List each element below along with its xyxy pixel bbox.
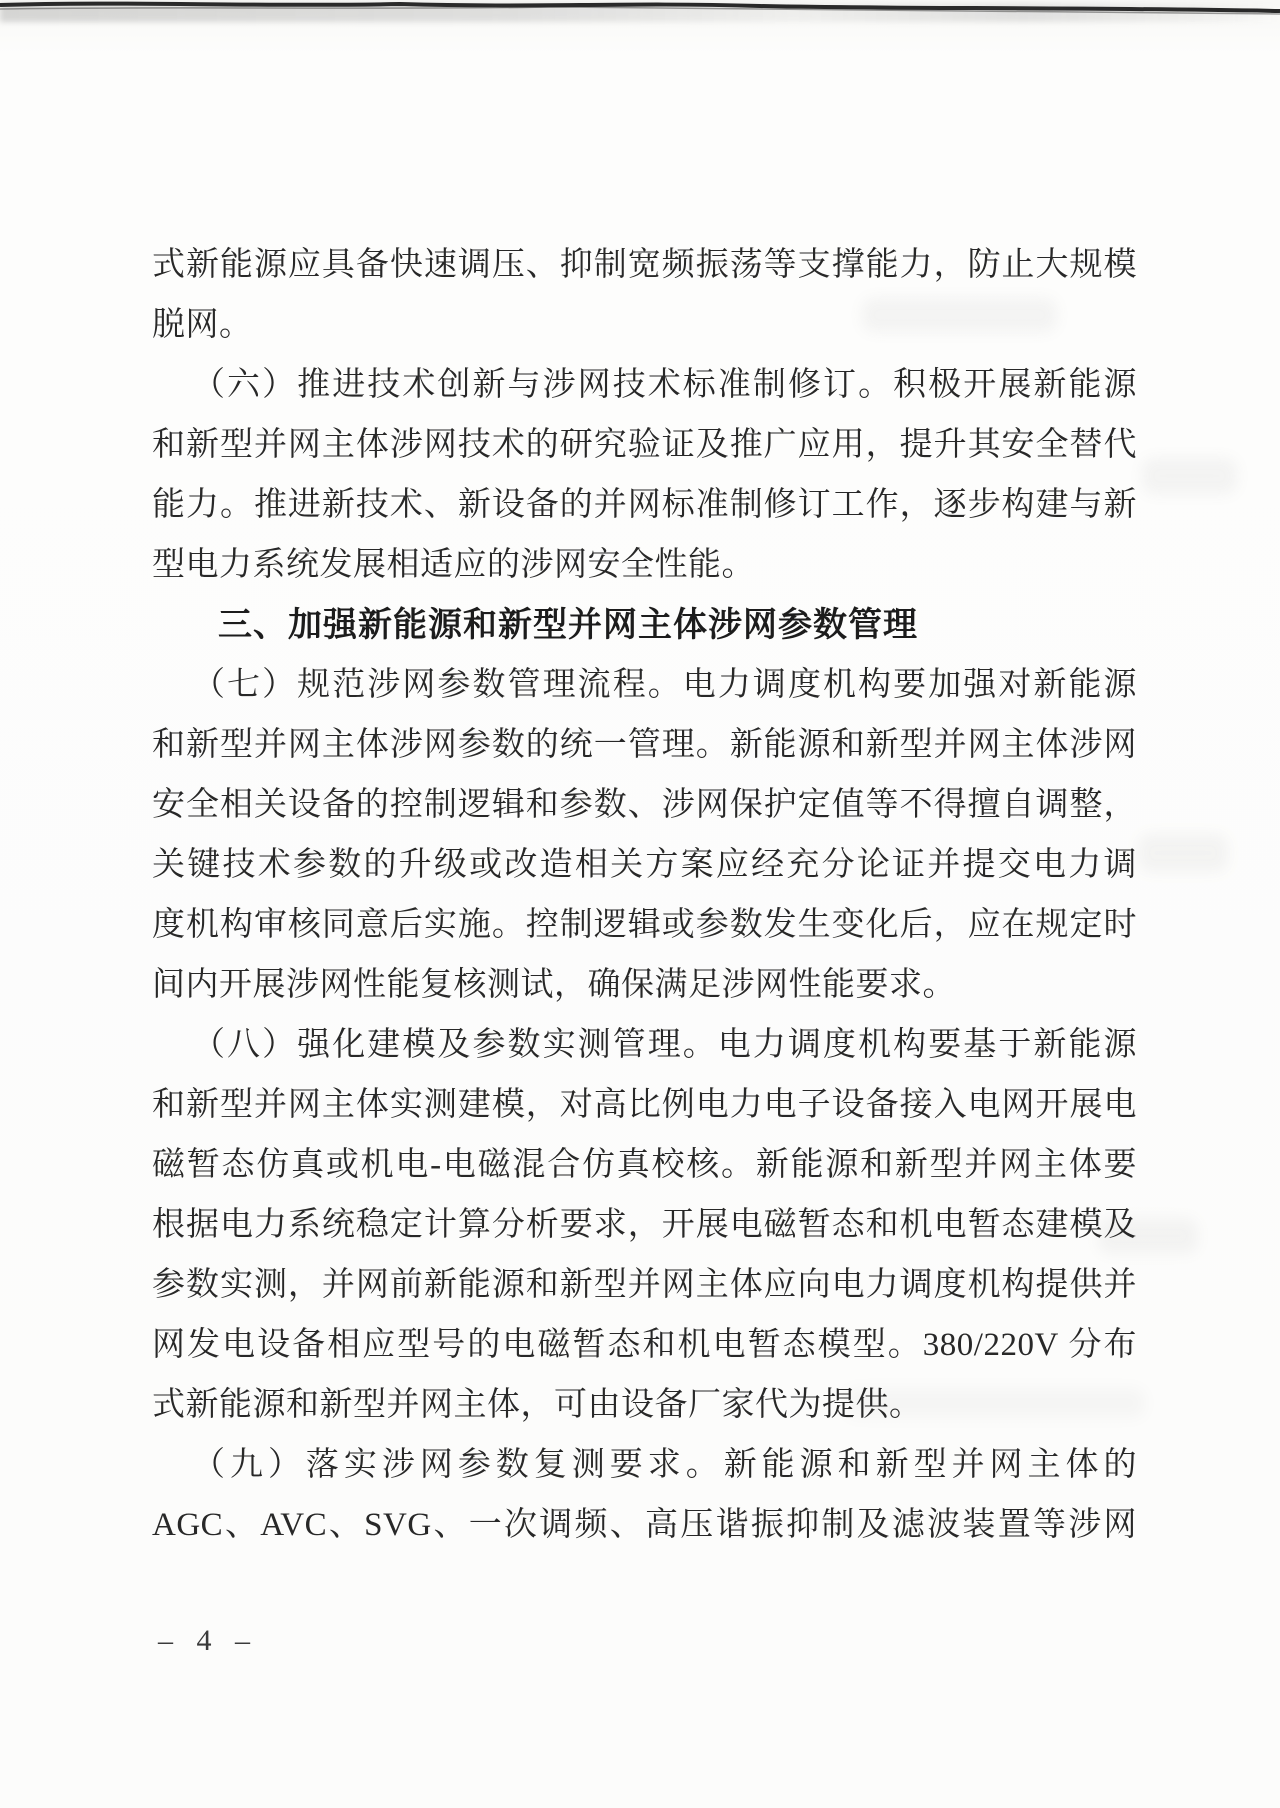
text-line: 和新型并网主体涉网技术的研究验证及推广应用，提升其安全替代 <box>152 415 1137 475</box>
text-line: 根据电力系统稳定计算分析要求，开展电磁暂态和机电暂态建模及 <box>152 1195 1137 1255</box>
document-page: 式新能源应具备快速调压、抑制宽频振荡等支撑能力，防止大规模脱网。（六）推进技术创… <box>0 0 1280 1808</box>
text-line: 度机构审核同意后实施。控制逻辑或参数发生变化后，应在规定时 <box>152 895 1137 955</box>
section-heading: 三、加强新能源和新型并网主体涉网参数管理 <box>152 595 1137 655</box>
scan-artifact-shade <box>0 4 1280 22</box>
text-line: 能力。推进新技术、新设备的并网标准制修订工作，逐步构建与新 <box>152 475 1137 535</box>
page-number: – 4 – <box>158 1624 258 1658</box>
text-line: 参数实测，并网前新能源和新型并网主体应向电力调度机构提供并 <box>152 1255 1137 1315</box>
text-line: 间内开展涉网性能复核测试，确保满足涉网性能要求。 <box>152 955 1137 1015</box>
text-line: 脱网。 <box>152 295 1137 355</box>
text-line: 关键技术参数的升级或改造相关方案应经充分论证并提交电力调 <box>152 835 1137 895</box>
text-line: 式新能源应具备快速调压、抑制宽频振荡等支撑能力，防止大规模 <box>152 235 1137 295</box>
document-body: 式新能源应具备快速调压、抑制宽频振荡等支撑能力，防止大规模脱网。（六）推进技术创… <box>152 235 1137 1555</box>
ink-bleed-mark <box>1142 458 1237 494</box>
ink-bleed-mark <box>1138 834 1228 872</box>
text-line: 网发电设备相应型号的电磁暂态和机电暂态模型。380/220V 分布 <box>152 1315 1137 1375</box>
text-line: （六）推进技术创新与涉网技术标准制修订。积极开展新能源 <box>152 355 1137 415</box>
text-line: （九）落实涉网参数复测要求。新能源和新型并网主体的 <box>152 1435 1137 1495</box>
text-line: 型电力系统发展相适应的涉网安全性能。 <box>152 535 1137 595</box>
text-line: 磁暂态仿真或机电-电磁混合仿真校核。新能源和新型并网主体要 <box>152 1135 1137 1195</box>
text-line: 和新型并网主体涉网参数的统一管理。新能源和新型并网主体涉网 <box>152 715 1137 775</box>
text-line: 式新能源和新型并网主体，可由设备厂家代为提供。 <box>152 1375 1137 1435</box>
text-line: AGC、AVC、SVG、一次调频、高压谐振抑制及滤波装置等涉网 <box>152 1495 1137 1555</box>
text-line: 安全相关设备的控制逻辑和参数、涉网保护定值等不得擅自调整， <box>152 775 1137 835</box>
text-line: （七）规范涉网参数管理流程。电力调度机构要加强对新能源 <box>152 655 1137 715</box>
text-line: 和新型并网主体实测建模，对高比例电力电子设备接入电网开展电 <box>152 1075 1137 1135</box>
text-line: （八）强化建模及参数实测管理。电力调度机构要基于新能源 <box>152 1015 1137 1075</box>
